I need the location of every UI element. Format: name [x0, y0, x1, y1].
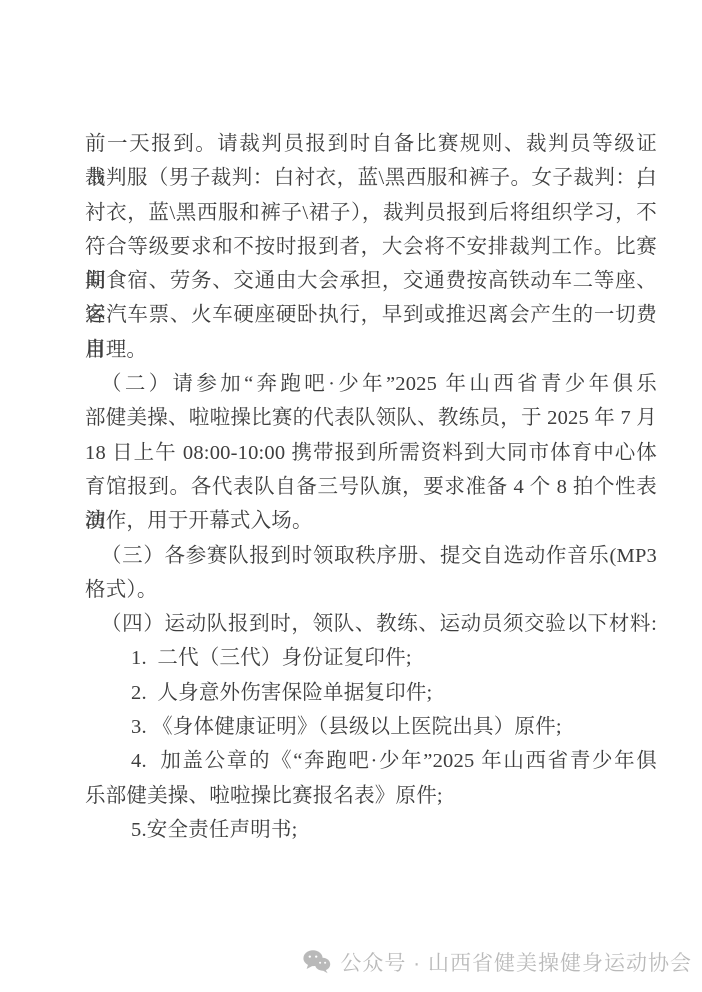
document-list-item: 4. 加盖公章的《“奔跑吧·少年”2025 年山西省青少年俱 — [85, 744, 657, 778]
document-list-item: 3. 《身体健康证明》（县级以上医院出具）原件; — [85, 710, 657, 744]
document-page: 前一天报到。请裁判员报到时自备比赛规则、裁判员等级证书， 裁判服（男子裁判：白衬… — [0, 0, 702, 992]
document-line: 运汽车票、火车硬座硬卧执行，早到或推迟离会产生的一切费用 — [85, 298, 657, 332]
document-line: 符合等级要求和不按时报到者，大会将不安排裁判工作。比赛期 — [85, 230, 657, 264]
document-line: 间食宿、劳务、交通由大会承担，交通费按高铁动车二等座、客 — [85, 264, 657, 298]
document-line: 18 日上午 08:00-10:00 携带报到所需资料到大同市体育中心体 — [85, 436, 657, 470]
document-line: （三）各参赛队报到时领取秩序册、提交自选动作音乐(MP3 — [85, 539, 657, 573]
document-line: 格式）。 — [85, 573, 657, 607]
document-line: （二）请参加“奔跑吧·少年”2025 年山西省青少年俱乐 — [85, 367, 657, 401]
document-list-item: 2. 人身意外伤害保险单据复印件; — [85, 676, 657, 710]
document-line: 动作，用于开幕式入场。 — [85, 504, 657, 538]
document-line: 裁判服（男子裁判：白衬衣，蓝\黑西服和裤子。女子裁判：白 — [85, 161, 657, 195]
document-list-item: 1. 二代（三代）身份证复印件; — [85, 641, 657, 675]
wechat-watermark-label: 公众号 · 山西省健美操健身运动协会 — [340, 947, 692, 977]
document-line: 部健美操、啦啦操比赛的代表队领队、教练员，于 2025 年 7 月 — [85, 401, 657, 435]
document-body: 前一天报到。请裁判员报到时自备比赛规则、裁判员等级证书， 裁判服（男子裁判：白衬… — [85, 127, 657, 847]
document-line: 衬衣，蓝\黑西服和裤子\裙子），裁判员报到后将组织学习，不 — [85, 196, 657, 230]
document-line: 自理。 — [85, 333, 657, 367]
document-line: 前一天报到。请裁判员报到时自备比赛规则、裁判员等级证书， — [85, 127, 657, 161]
document-list-item: 5.安全责任声明书; — [85, 813, 657, 847]
document-line: （四）运动队报到时，领队、教练、运动员须交验以下材料: — [85, 607, 657, 641]
wechat-icon — [303, 950, 331, 974]
document-line: 乐部健美操、啦啦操比赛报名表》原件; — [85, 779, 657, 813]
document-line: 育馆报到。各代表队自备三号队旗，要求准备 4 个 8 拍个性表演 — [85, 470, 657, 504]
wechat-watermark: 公众号 · 山西省健美操健身运动协会 — [303, 948, 692, 976]
